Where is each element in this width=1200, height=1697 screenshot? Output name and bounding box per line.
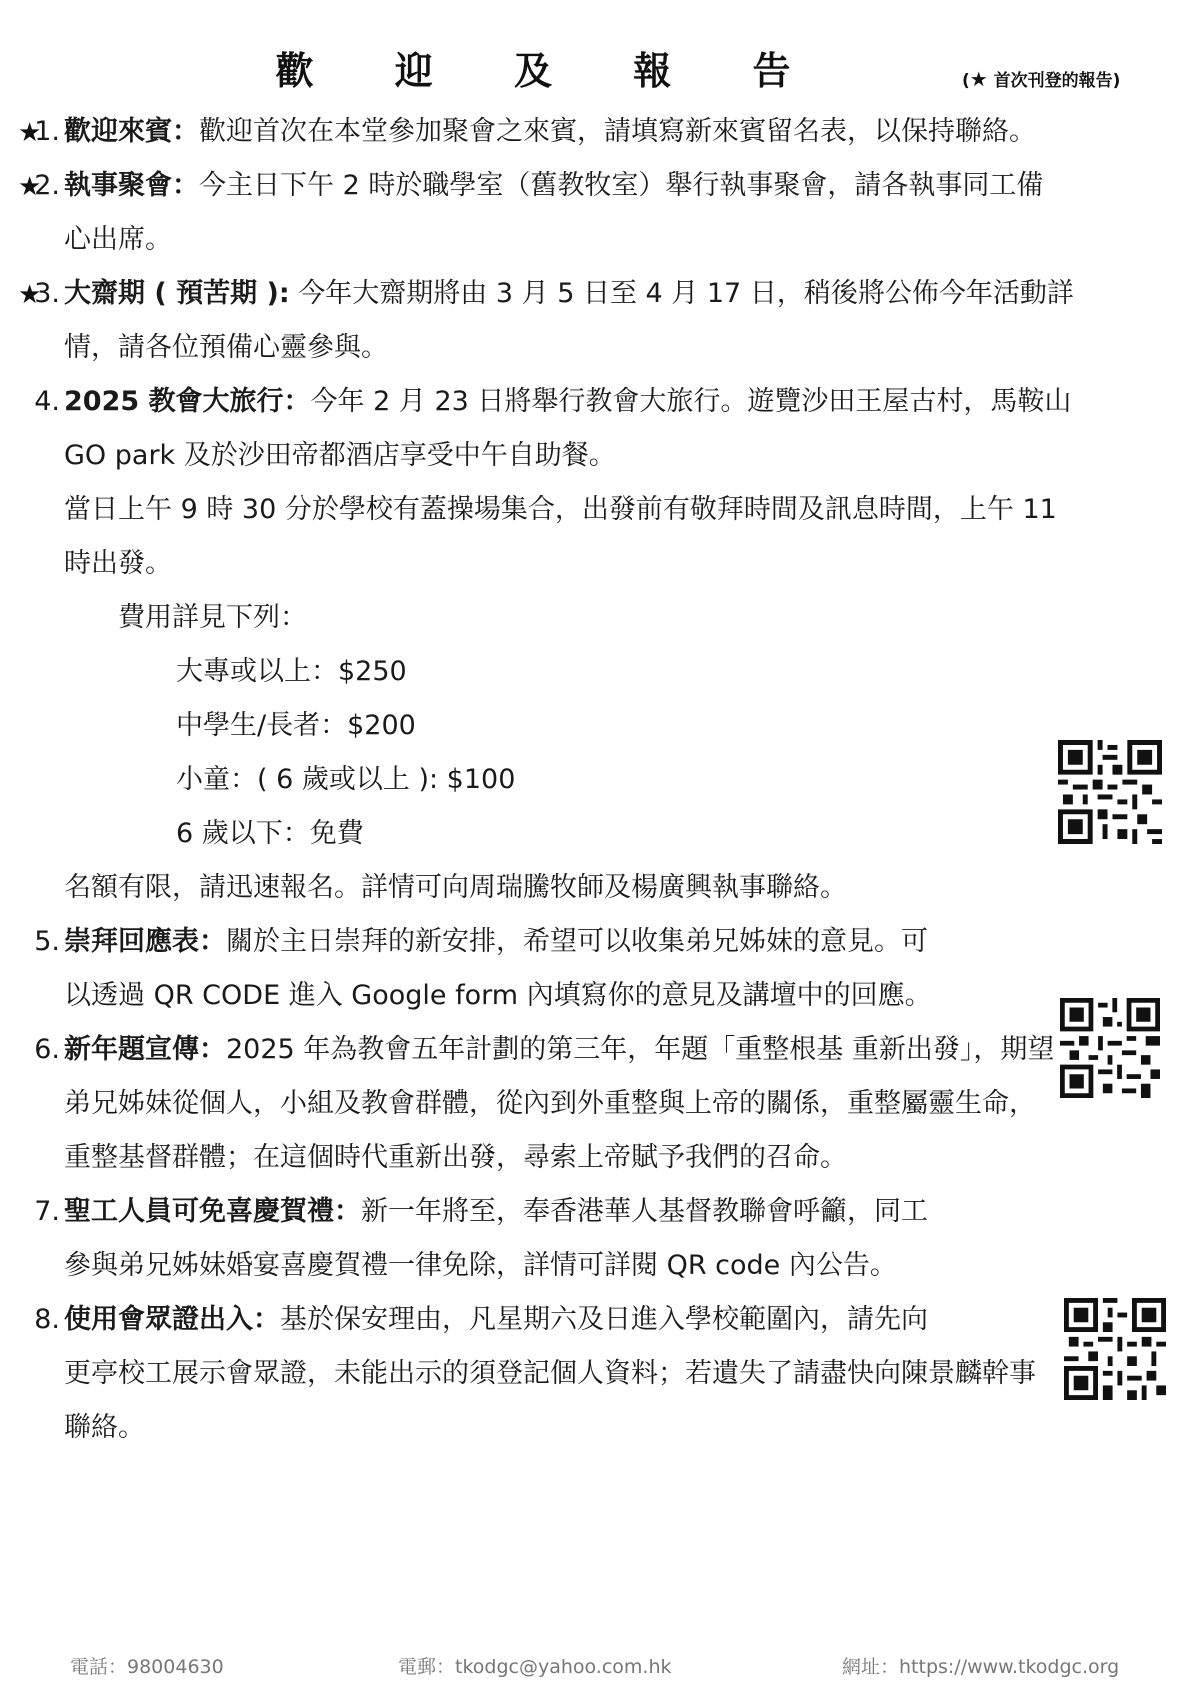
item-heading: 崇拜回應表： — [64, 926, 226, 957]
footer-email[interactable]: 電郵：tkodgc@yahoo.com.hk — [398, 1652, 672, 1679]
fee-row: 大專或以上：$250 — [176, 652, 407, 692]
fee-row: 6 歲以下：免費 — [176, 814, 364, 854]
qr-code-trip[interactable] — [1058, 740, 1162, 844]
item-heading: 歡迎來賓： — [64, 116, 199, 147]
footer-phone: 電話：98004630 — [70, 1652, 224, 1679]
item-heading: 新年題宣傳： — [64, 1034, 226, 1065]
fee-row: 中學生/長者：$200 — [176, 706, 416, 746]
qr-code-worship-form[interactable] — [1060, 998, 1160, 1098]
item-heading: 大齋期 ( 預苦期 ): — [64, 278, 290, 309]
fees-label: 費用詳見下列： — [118, 598, 307, 638]
star-icon: ★ — [970, 67, 988, 91]
qr-code-announcement[interactable] — [1064, 1298, 1166, 1400]
item-heading: 使用會眾證出入： — [64, 1304, 280, 1335]
legend: (★ 首次刊登的報告) — [962, 66, 1120, 91]
item-heading: 聖工人員可免喜慶賀禮： — [64, 1196, 361, 1227]
footer-website[interactable]: 網址：https://www.tkodgc.org — [842, 1652, 1119, 1679]
item-heading: 2025 教會大旅行： — [64, 386, 311, 417]
item-heading: 執事聚會： — [64, 170, 199, 201]
fee-row: 小童：( 6 歲或以上 ): $100 — [176, 760, 515, 800]
